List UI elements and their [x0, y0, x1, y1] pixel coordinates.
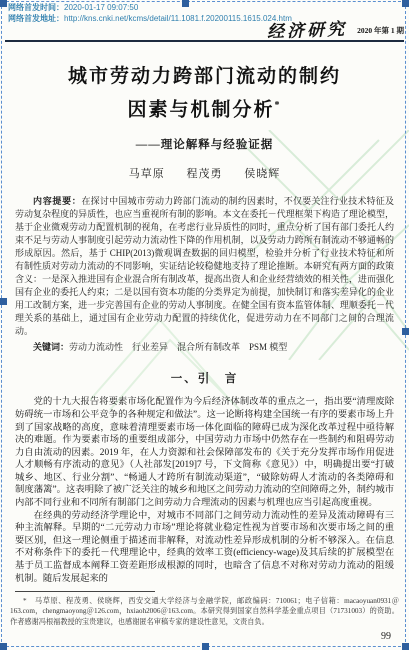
article-subtitle: ——理论解释与经验证据	[0, 136, 409, 152]
article-title: 城市劳动力跨部门流动的制约 因素与机制分析*	[10, 62, 399, 124]
paragraph-1: 党的十九大报告将要素市场化配置作为今后经济体制改革的重点之一，指出要“清理废除妨…	[15, 396, 394, 509]
journal-issue: 2020 年第 1 期	[357, 25, 404, 36]
article-title-line1: 城市劳动力跨部门流动的制约	[10, 62, 399, 91]
author-3: 侯晓辉	[244, 168, 280, 180]
paragraph-2: 在经典的劳动经济学理论中，对城市不同部门之间劳动力流动性的差异及流动障碍有三种主…	[15, 510, 394, 586]
online-publish-url: 网络首发地址：http://kns.cnki.net/kcms/detail/1…	[8, 14, 292, 24]
footnote-rule	[15, 591, 155, 592]
footnote-block: * 马草原、程茂勇、侯晓辉，西安交通大学经济与金融学院，邮政编码：710061；…	[0, 591, 409, 643]
publish-time-value: 2020-01-17 09:07:50	[64, 3, 138, 12]
author-1: 马草原	[129, 168, 165, 180]
footnote-text: * 马草原、程茂勇、侯晓辉，西安交通大学经济与金融学院，邮政编码：710061；…	[10, 596, 399, 628]
abstract-text: 在探讨中国城市劳动力跨部门流动的制约因素时，不仅要关注行业技术特征及劳动复杂程度…	[15, 196, 394, 336]
online-publish-time: 网络首发时间：2020-01-17 09:07:50	[8, 3, 138, 13]
journal-logo: 经济研究	[267, 15, 348, 43]
keywords-items: 劳动力流动性 行业差异 混合所有制改革 PSM 模型	[69, 342, 287, 352]
selection-handle-bottom-right[interactable]	[402, 643, 409, 650]
header-rule	[5, 40, 404, 42]
abstract-label: 内容提要：	[33, 196, 81, 206]
selection-handle-top-right[interactable]	[402, 0, 409, 7]
publish-time-label: 网络首发时间：	[8, 3, 64, 12]
author-list: 马草原 程茂勇 侯晓辉	[0, 165, 409, 181]
selection-handle-top-left[interactable]	[0, 0, 7, 7]
selection-handle-right-middle[interactable]	[402, 328, 409, 335]
selection-handle-bottom-left[interactable]	[0, 643, 7, 650]
keywords-line: 关键词：劳动力流动性 行业差异 混合所有制改革 PSM 模型	[15, 341, 394, 354]
footnote-mark: *	[23, 597, 27, 605]
selection-handle-bottom-middle[interactable]	[202, 643, 209, 650]
page-number: 99	[10, 631, 391, 642]
abstract-block: 内容提要：在探讨中国城市劳动力跨部门流动的制约因素时，不仅要关注行业技术特征及劳…	[15, 195, 394, 338]
author-2: 程茂勇	[187, 168, 223, 180]
section-heading-introduction: 一、引 言	[0, 370, 409, 386]
publish-url-value: http://kns.cnki.net/kcms/detail/11.1081.…	[64, 14, 292, 23]
article-title-line2: 因素与机制分析*	[10, 91, 399, 124]
page-header: 网络首发时间：2020-01-17 09:07:50 网络首发地址：http:/…	[0, 0, 409, 42]
selection-handle-left-middle[interactable]	[0, 298, 7, 305]
keywords-label: 关键词：	[33, 342, 69, 352]
publish-url-label: 网络首发地址：	[8, 14, 64, 23]
body-text: 党的十九大报告将要素市场化配置作为今后经济体制改革的重点之一，指出要“清理废除妨…	[15, 396, 394, 585]
title-footnote-mark: *	[275, 100, 282, 111]
selection-handle-top-middle[interactable]	[182, 0, 189, 7]
